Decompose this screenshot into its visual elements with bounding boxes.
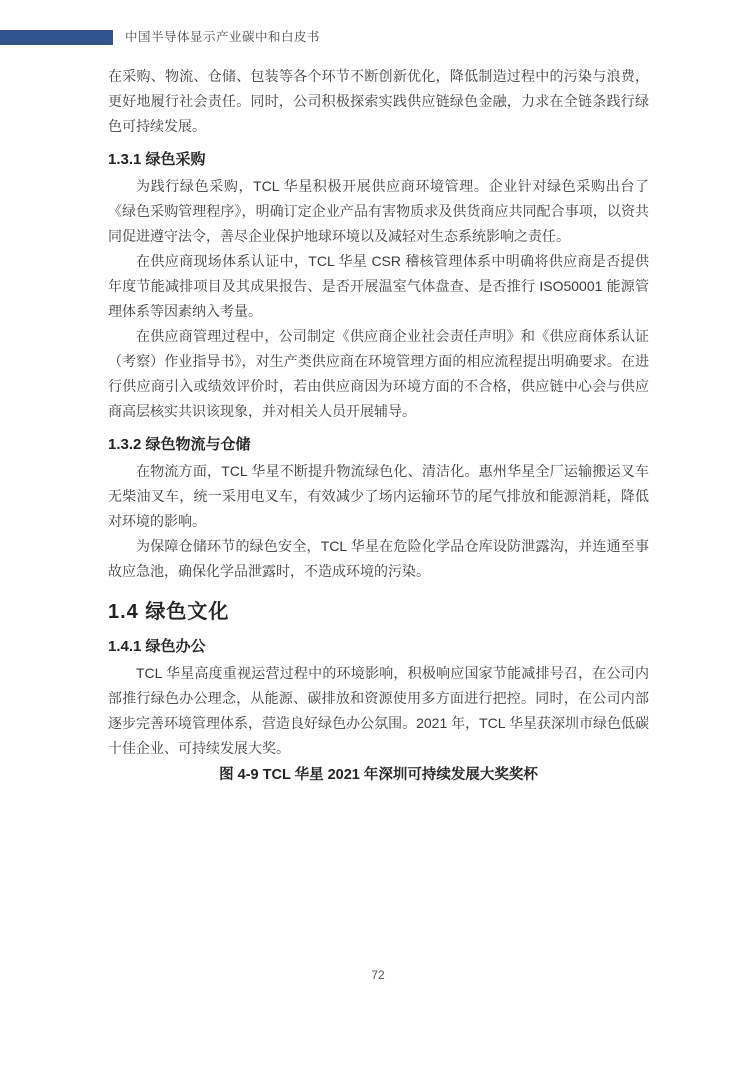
page-number: 72 — [371, 968, 384, 982]
paragraph: 在供应商管理过程中，公司制定《供应商企业社会责任声明》和《供应商体系认证（考察）… — [108, 324, 649, 424]
page-footer: 72 — [0, 966, 756, 984]
section-heading-1-4-1: 1.4.1 绿色办公 — [108, 636, 649, 657]
section-heading-1-3-1: 1.3.1 绿色采购 — [108, 149, 649, 170]
paragraph: 在供应商现场体系认证中，TCL 华星 CSR 稽核管理体系中明确将供应商是否提供… — [108, 249, 649, 324]
paragraph: 为保障仓储环节的绿色安全，TCL 华星在危险化学品仓库设防泄露沟，并连通至事故应… — [108, 534, 649, 584]
header-title: 中国半导体显示产业碳中和白皮书 — [125, 29, 320, 45]
chapter-heading-1-4: 1.4 绿色文化 — [108, 598, 649, 626]
paragraph: TCL 华星高度重视运营过程中的环境影响，积极响应国家节能减排号召，在公司内部推… — [108, 661, 649, 761]
figure-caption: 图 4-9 TCL 华星 2021 年深圳可持续发展大奖奖杯 — [108, 763, 649, 788]
paragraph: 为践行绿色采购，TCL 华星积极开展供应商环境管理。企业针对绿色采购出台了《绿色… — [108, 174, 649, 249]
paragraph-intro: 在采购、物流、仓储、包装等各个环节不断创新优化，降低制造过程中的污染与浪费，更好… — [108, 64, 649, 139]
header-accent-bar — [0, 30, 113, 45]
document-page: 中国半导体显示产业碳中和白皮书 在采购、物流、仓储、包装等各个环节不断创新优化，… — [0, 0, 756, 1068]
section-heading-1-3-2: 1.3.2 绿色物流与仓储 — [108, 434, 649, 455]
page-content: 在采购、物流、仓储、包装等各个环节不断创新优化，降低制造过程中的污染与浪费，更好… — [108, 64, 649, 788]
paragraph: 在物流方面，TCL 华星不断提升物流绿色化、清洁化。惠州华星全厂运输搬运叉车无柴… — [108, 459, 649, 534]
